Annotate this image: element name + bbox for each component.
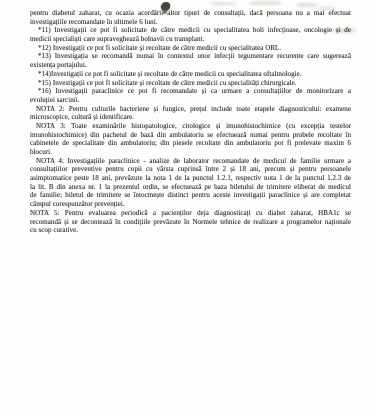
scan-smudge — [210, 2, 236, 5]
text-line: *11) Investigații ce pot fi solicitate d… — [30, 26, 351, 35]
text-line: medicii specialiști care supraveghează b… — [30, 35, 351, 44]
text-line: câmpul corespunzător prevenției. — [30, 200, 351, 209]
text-line: consultațiilor preventive pentru copii c… — [30, 165, 351, 174]
text-line: imunohistochimice) din pachetul de bază … — [30, 131, 351, 140]
text-line: existența portajului. — [30, 61, 351, 70]
text-line: blocuri. — [30, 148, 351, 157]
text-line: *14)Investigații ce pot fi solicitate și… — [30, 70, 351, 79]
scan-smudge — [296, 3, 318, 7]
text-line: *15) Investigații ce pot fi solicitate ș… — [30, 79, 351, 88]
text-line: la lit. B din anexa nr. 1 la prezentul o… — [30, 183, 351, 192]
text-line: NOTA 3: Toate examinările histopatologic… — [30, 122, 351, 131]
text-line: *12) Investigații ce pot fi solicitate ș… — [30, 44, 351, 53]
text-line: recomandă și se decontează în condițiile… — [30, 218, 351, 227]
text-line: asimptomatice peste 18 ani, prevăzute la… — [30, 174, 351, 183]
text-line: de familie; biletul de trimitere se înto… — [30, 191, 351, 200]
text-line: NOTA 5: Pentru evaluarea periodică a pac… — [30, 209, 351, 218]
text-block: pentru diabetul zaharat, cu ocazia acord… — [30, 9, 351, 235]
text-line: NOTA 4: Investigațiile paraclinice - ana… — [30, 157, 351, 166]
text-line: *13) Investigația se recomandă numai în … — [30, 52, 351, 61]
text-line: investigațiile recomandate în ultimele 6… — [30, 18, 351, 27]
text-line: cu scop curative. — [30, 226, 351, 235]
text-line: evoluției sarcinii. — [30, 96, 351, 105]
scanned-document-page: pentru diabetul zaharat, cu ocazia acord… — [0, 0, 375, 412]
scan-smudge — [248, 1, 282, 5]
text-line: *16) Investigații paraclinice ce pot fi … — [30, 87, 351, 96]
text-line: pentru diabetul zaharat, cu ocazia acord… — [30, 9, 351, 18]
text-line: NOTA 2: Pentru culturile bacteriene și f… — [30, 105, 351, 114]
text-line: microscopice, cultură și identificare. — [30, 113, 351, 122]
text-line: cabinetele de specialitate din ambulator… — [30, 139, 351, 148]
